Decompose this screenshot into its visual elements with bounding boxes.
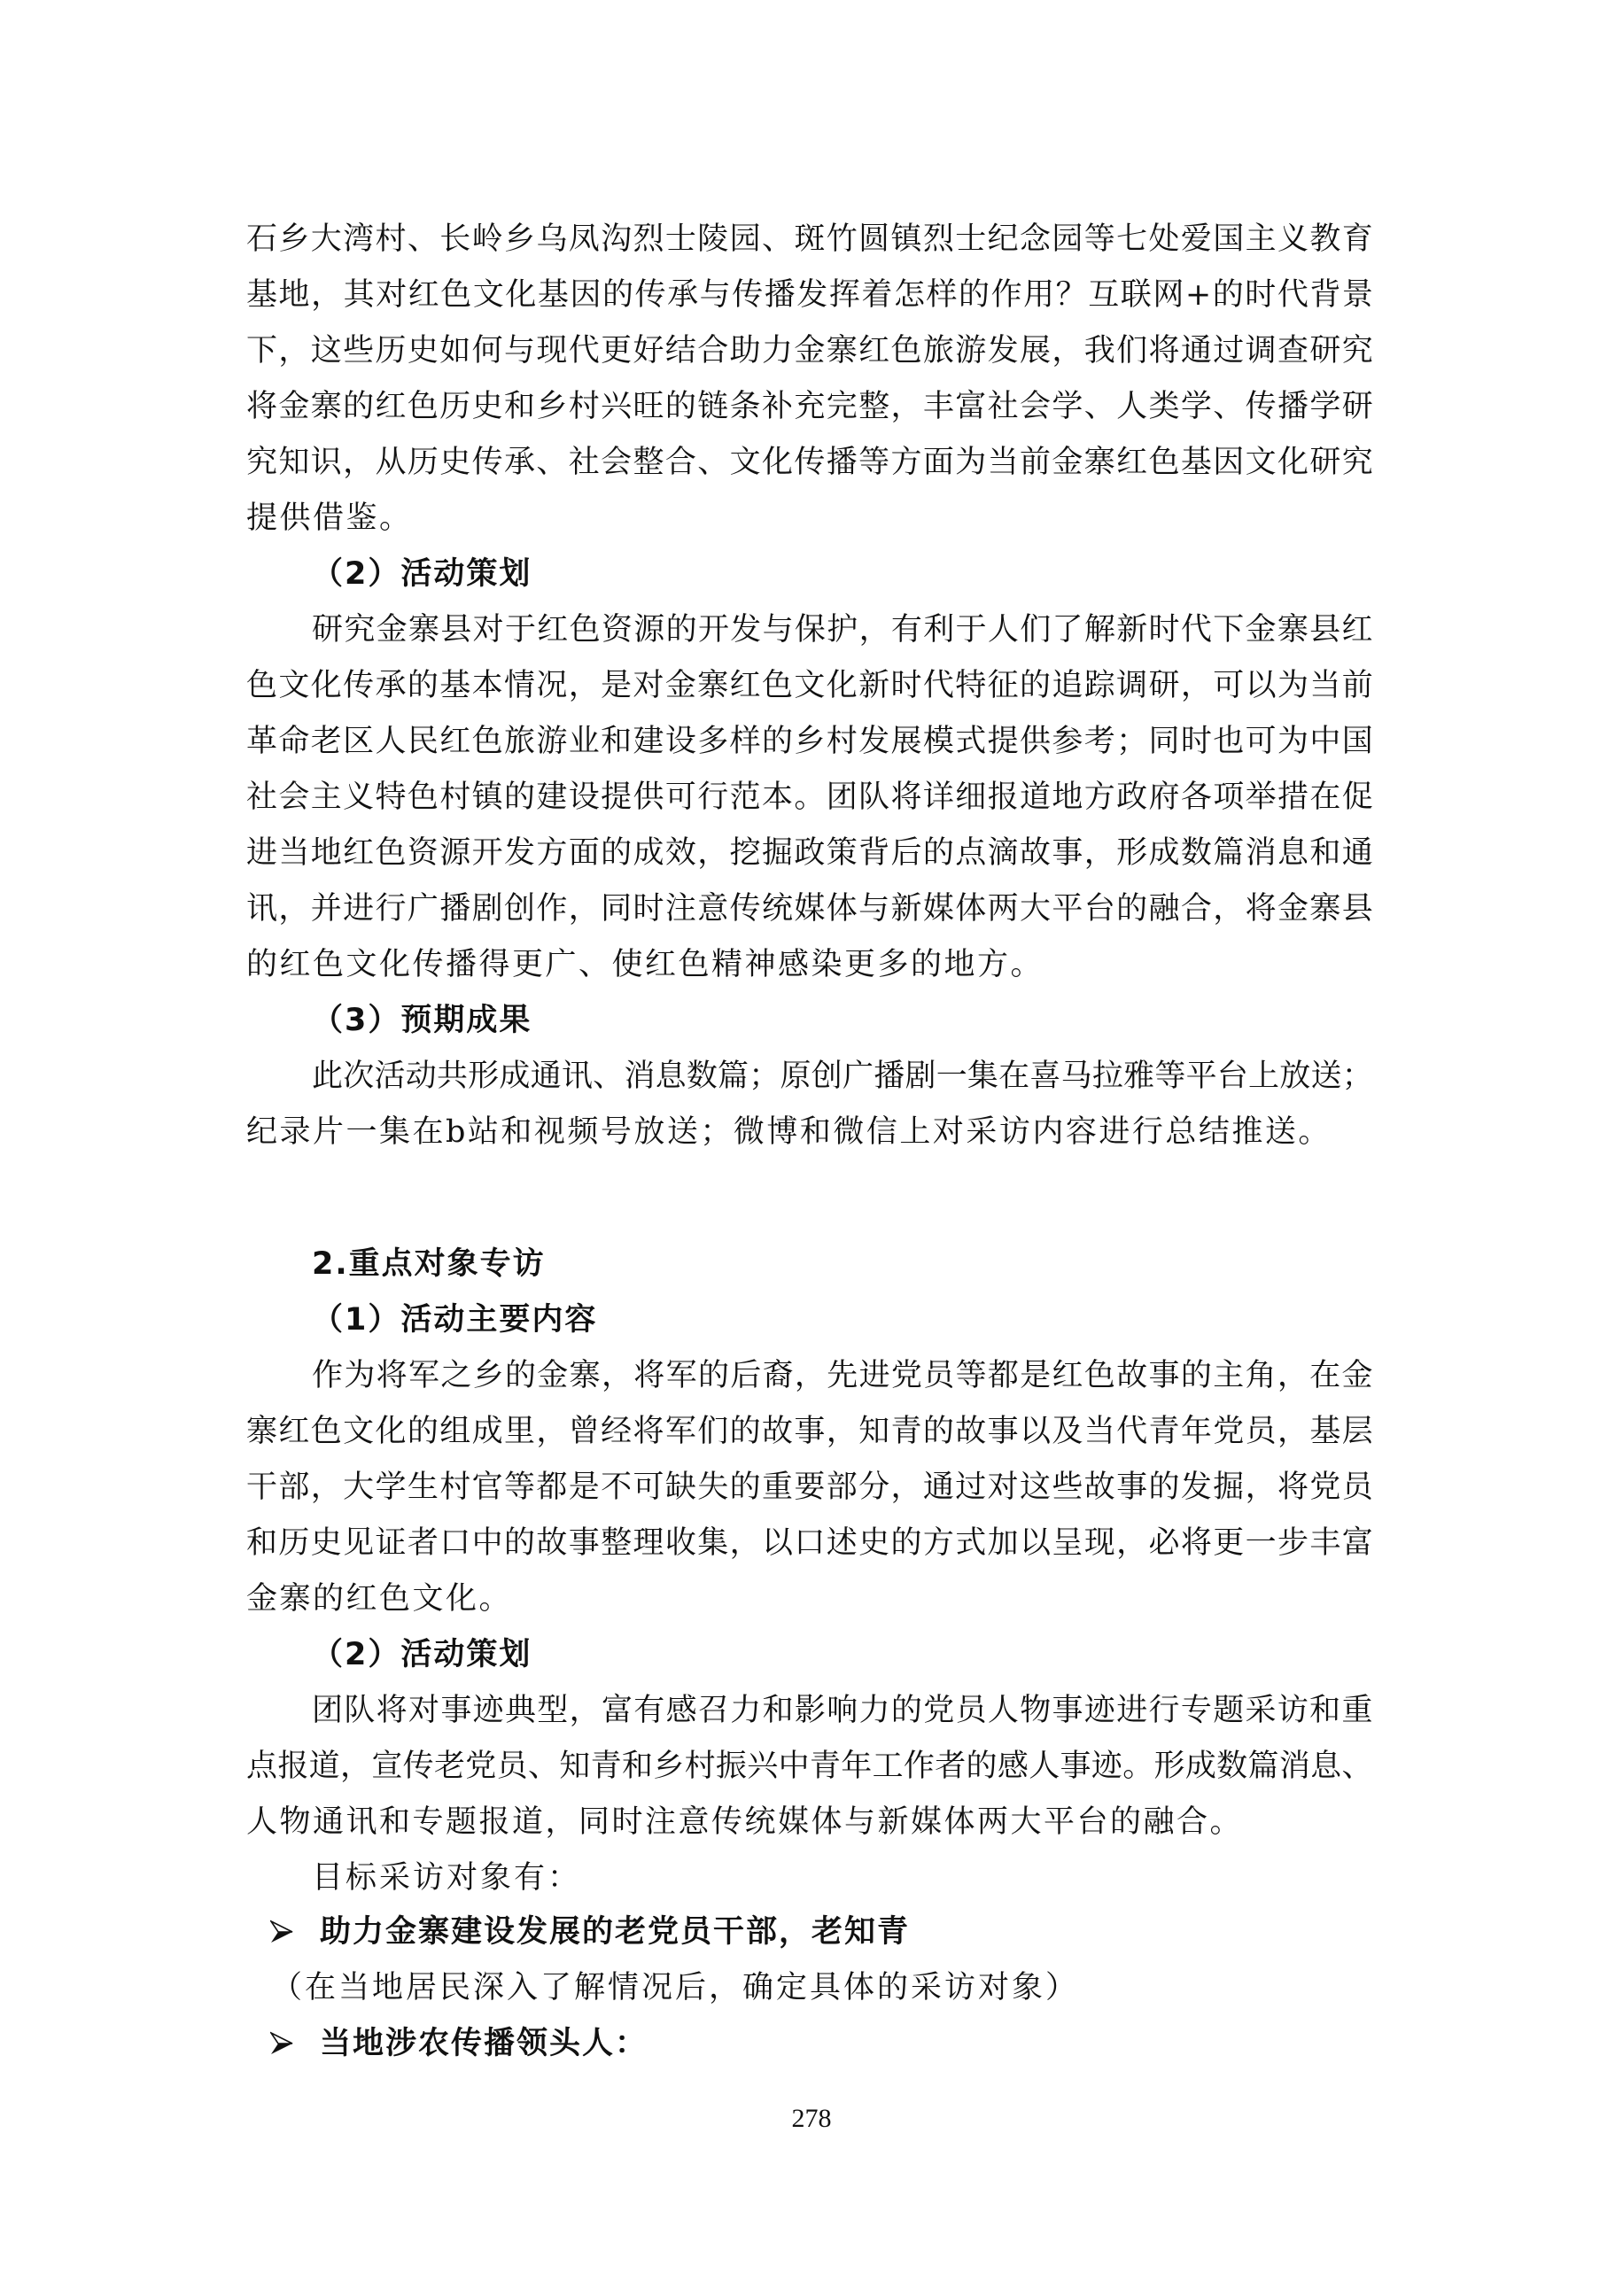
- section-title-key-interviews: 2.重点对象专访: [312, 1245, 546, 1284]
- target-label: 当地涉农传播领头人：: [320, 2024, 648, 2063]
- heading-activity-planning: （2）活动策划: [312, 555, 532, 593]
- heading-activity-planning-2: （2）活动策划: [312, 1635, 532, 1674]
- text-line: 点报道，宣传老党员、知青和乡村振兴中青年工作者的感人事迹。形成数篇消息、: [246, 1747, 1373, 1786]
- document-page: 石乡大湾村、长岭乡乌凤沟烈士陵园、斑竹圆镇烈士纪念园等七处爱国主义教育 基地，其…: [0, 0, 1623, 2296]
- text-line: 金寨的红色文化。: [246, 1579, 1373, 1618]
- text-line: 进当地红色资源开发方面的成效，挖掘政策背后的点滴故事，形成数篇消息和通: [246, 834, 1373, 873]
- text-line: 研究金寨县对于红色资源的开发与保护，有利于人们了解新时代下金寨县红: [312, 610, 1373, 649]
- text-line: 寨红色文化的组成里，曾经将军们的故事，知青的故事以及当代青年党员，基层: [246, 1412, 1373, 1451]
- text-line: 和历史见证者口中的故事整理收集，以口述史的方式加以呈现，必将更一步丰富: [246, 1524, 1373, 1563]
- page-number: 278: [0, 2103, 1623, 2135]
- text-line: 的红色文化传播得更广、使红色精神感染更多的地方。: [246, 945, 1373, 984]
- text-line: 此次活动共形成通讯、消息数篇；原创广播剧一集在喜马拉雅等平台上放送；: [312, 1057, 1373, 1096]
- text-line: 将金寨的红色历史和乡村兴旺的链条补充完整，丰富社会学、人类学、传播学研: [246, 387, 1373, 426]
- text-line: 纪录片一集在b站和视频号放送；微博和微信上对采访内容进行总结推送。: [246, 1113, 1373, 1152]
- text-line: 讯，并进行广播剧创作，同时注意传统媒体与新媒体两大平台的融合，将金寨县: [246, 889, 1373, 928]
- target-item: 助力金寨建设发展的老党员干部，老知青: [270, 1912, 910, 1951]
- arrow-bullet-icon: [270, 1919, 293, 1945]
- text-line: 作为将军之乡的金寨，将军的后裔，先进党员等都是红色故事的主角，在金: [312, 1356, 1373, 1395]
- text-line: 石乡大湾村、长岭乡乌凤沟烈士陵园、斑竹圆镇烈士纪念园等七处爱国主义教育: [246, 220, 1373, 259]
- target-item: 当地涉农传播领头人：: [270, 2024, 648, 2063]
- text-line: 下，这些历史如何与现代更好结合助力金寨红色旅游发展，我们将通过调查研究: [246, 331, 1373, 370]
- text-line: 提供借鉴。: [246, 499, 1373, 538]
- text-line: 革命老区人民红色旅游业和建设多样的乡村发展模式提供参考；同时也可为中国: [246, 722, 1373, 761]
- text-line: 人物通讯和专题报道，同时注意传统媒体与新媒体两大平台的融合。: [246, 1803, 1373, 1842]
- text-line: 社会主义特色村镇的建设提供可行范本。团队将详细报道地方政府各项举措在促: [246, 778, 1373, 817]
- target-label: 助力金寨建设发展的老党员干部，老知青: [320, 1912, 910, 1951]
- heading-main-content: （1）活动主要内容: [312, 1300, 597, 1339]
- targets-label: 目标采访对象有：: [312, 1858, 581, 1897]
- text-line: 干部，大学生村官等都是不可缺失的重要部分，通过对这些故事的发掘，将党员: [246, 1468, 1373, 1507]
- text-line: 基地，其对红色文化基因的传承与传播发挥着怎样的作用？互联网+的时代背景: [246, 275, 1373, 314]
- text-line: 色文化传承的基本情况，是对金寨红色文化新时代特征的追踪调研，可以为当前: [246, 666, 1373, 705]
- target-note: （在当地居民深入了解情况后，确定具体的采访对象）: [271, 1968, 1079, 2007]
- heading-expected-results: （3）预期成果: [312, 1001, 532, 1040]
- text-line: 团队将对事迹典型，富有感召力和影响力的党员人物事迹进行专题采访和重: [312, 1691, 1373, 1730]
- arrow-bullet-icon: [270, 2030, 293, 2057]
- text-line: 究知识，从历史传承、社会整合、文化传播等方面为当前金寨红色基因文化研究: [246, 443, 1373, 482]
